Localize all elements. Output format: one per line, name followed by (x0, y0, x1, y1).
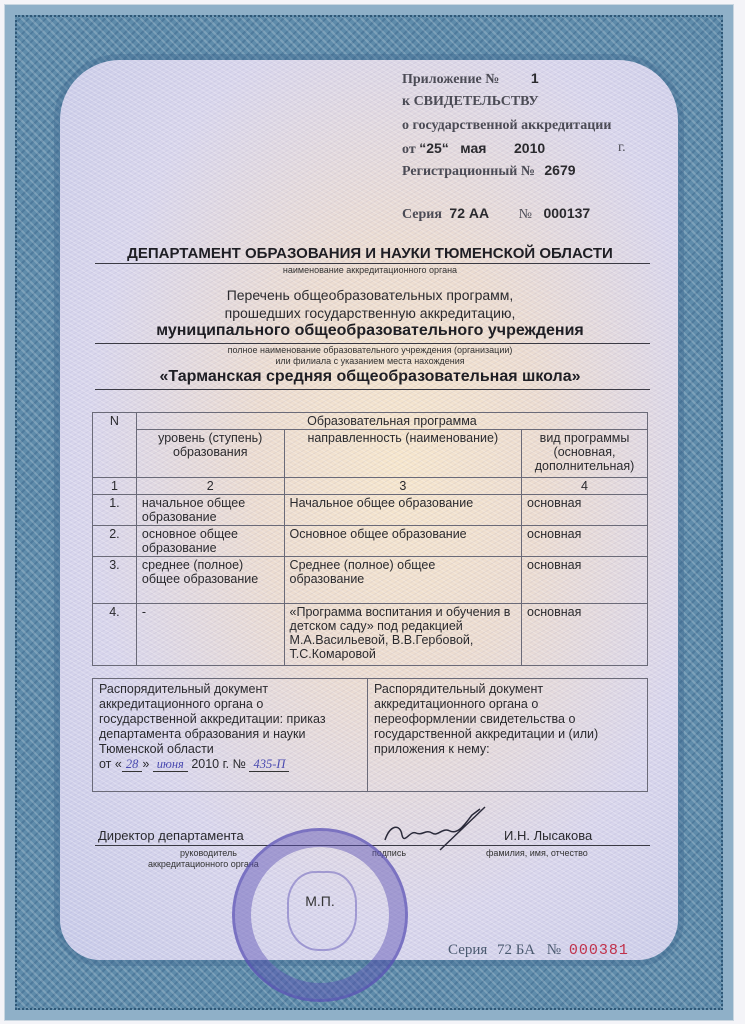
reg-number: 2679 (544, 162, 575, 178)
handwritten-signature (380, 805, 490, 855)
row-number: 4. (93, 604, 137, 666)
number-label: № (519, 207, 532, 222)
row-level: основное общее образование (136, 526, 284, 557)
list-title-2: прошедших государственную аккредитацию, (90, 305, 650, 321)
footer-number-label: № (547, 942, 561, 958)
footer-number-value: 000381 (569, 942, 629, 959)
date-suffix: г. (618, 140, 626, 156)
director-position: Директор департамента (98, 828, 244, 843)
order-date-prefix: от « (99, 757, 122, 771)
institution-type: муниципального общеобразовательного учре… (90, 322, 650, 340)
col-number: 3 (284, 478, 522, 495)
row-type: основная (522, 604, 648, 666)
date-month: мая (460, 140, 486, 156)
table-row: 1. начальное общее образование Начальное… (93, 495, 648, 526)
list-title-1: Перечень общеобразовательных программ, (90, 287, 650, 303)
date-year: 2010 (514, 140, 545, 156)
row-level: начальное общее образование (136, 495, 284, 526)
to-certificate: к СВИДЕТЕЛЬСТВУ (402, 94, 539, 110)
footer-series-label: Серия (448, 942, 487, 958)
col-level-header: уровень (ступень) образования (136, 430, 284, 478)
authority-caption: наименование аккредитационного органа (90, 265, 650, 275)
row-type: основная (522, 526, 648, 557)
position-caption-1: руководитель (180, 848, 237, 858)
programs-table: N Образовательная программа уровень (сту… (92, 412, 648, 666)
row-direction: Основное общее образование (284, 526, 522, 557)
number-value: 000137 (543, 205, 590, 221)
institution-caption-1: полное наименование образовательного учр… (90, 345, 650, 355)
col-type-header: вид программы (основная, дополнительная) (522, 430, 648, 478)
appendix-line: Приложение № 1 (402, 70, 539, 88)
row-direction: «Программа воспитания и обучения в детск… (284, 604, 522, 666)
institution-caption-2: или филиала с указанием места нахождения (90, 356, 650, 366)
footer-series: Серия 72 БА № 000381 (448, 942, 629, 959)
of-accreditation: о государственной аккредитации (402, 118, 611, 134)
eagle-emblem-icon (287, 871, 357, 951)
col-number: 1 (93, 478, 137, 495)
row-level: - (136, 604, 284, 666)
institution-name-underline (95, 389, 650, 390)
order-date-line: от «28» июня 2010 г. № 435-П (99, 757, 361, 772)
accreditation-order: Распорядительный документ аккредитационн… (93, 679, 368, 791)
row-number: 3. (93, 557, 137, 604)
col-direction-header: направленность (наименование) (284, 430, 522, 478)
date-line: от “25“ мая 2010 г. (402, 140, 632, 158)
stamp-label: М.П. (235, 893, 405, 909)
row-number: 1. (93, 495, 137, 526)
position-caption-2: аккредитационного органа (148, 859, 259, 869)
series-label: Серия (402, 207, 442, 222)
row-level: среднее (полное) общее образование (136, 557, 284, 604)
reissue-order: Распорядительный документ аккредитационн… (368, 679, 647, 791)
table-row: 2. основное общее образование Основное о… (93, 526, 648, 557)
authority-name: ДЕПАРТАМЕНТ ОБРАЗОВАНИЯ И НАУКИ ТЮМЕНСКО… (90, 245, 650, 262)
order-day: 28 (122, 757, 143, 772)
signatory-name: И.Н. Лысакова (504, 828, 592, 843)
documents-box: Распорядительный документ аккредитационн… (92, 678, 648, 792)
date-day: “25“ (419, 140, 449, 156)
col-number: 2 (136, 478, 284, 495)
program-group-header: Образовательная программа (136, 413, 647, 430)
series-line: Серия 72 АА № 000137 (402, 205, 590, 223)
row-number: 2. (93, 526, 137, 557)
row-direction: Начальное общее образование (284, 495, 522, 526)
official-seal: М.П. (232, 828, 408, 1002)
date-prefix: от (402, 142, 416, 157)
row-type: основная (522, 557, 648, 604)
appendix-number: 1 (531, 70, 539, 86)
col-number: 4 (522, 478, 648, 495)
footer-series-value: 72 БА (497, 942, 535, 958)
reg-line: Регистрационный № 2679 (402, 162, 576, 180)
order-date-mid: » (142, 757, 149, 771)
table-row: 3. среднее (полное) общее образование Ср… (93, 557, 648, 604)
series-value: 72 АА (449, 205, 489, 221)
institution-type-underline (95, 343, 650, 344)
row-type: основная (522, 495, 648, 526)
name-caption: фамилия, имя, отчество (486, 848, 588, 858)
appendix-label: Приложение № (402, 72, 499, 87)
order-text: Распорядительный документ аккредитационн… (99, 682, 334, 757)
col-n-header: N (93, 413, 137, 478)
order-year: 2010 г. № (191, 757, 246, 771)
table-row: 4. - «Программа воспитания и обучения в … (93, 604, 648, 666)
reg-label: Регистрационный № (402, 164, 535, 179)
order-number: 435-П (249, 757, 289, 772)
institution-name: «Тарманская средняя общеобразовательная … (90, 368, 650, 386)
row-direction: Среднее (полное) общее образование (284, 557, 522, 604)
order-month: июня (153, 757, 188, 772)
authority-underline (95, 263, 650, 264)
